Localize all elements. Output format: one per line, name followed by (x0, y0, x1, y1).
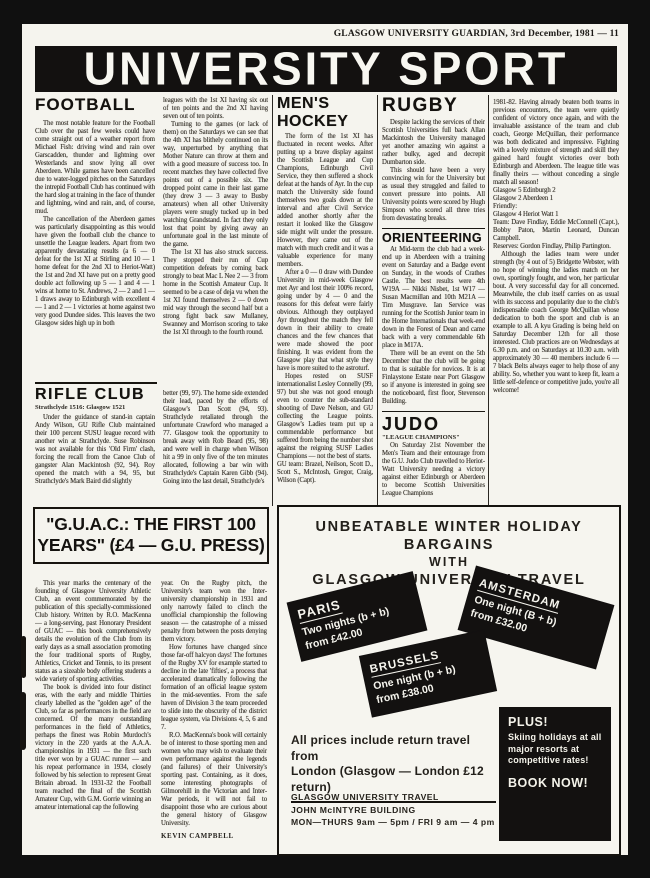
paragraph: The form of the 1st XI has fluctuated in… (277, 133, 373, 269)
paragraph: This should have been a very convincing … (382, 167, 485, 223)
paragraph: R.O. MacKenna's book will certainly be o… (161, 732, 267, 828)
paragraph: Hopes rested on SUSF internationalist Le… (277, 373, 373, 461)
article-rugby-zone: RUGBY Despite lacking the services of th… (382, 95, 485, 506)
paragraph: After a 0 — 0 draw with Dundee Universit… (277, 269, 373, 373)
paragraph: At Mid-term the club had a week-end up i… (382, 246, 485, 350)
judo-reserves-line: Reserves: Gordon Findlay, Philip Parting… (493, 243, 619, 251)
judo-team-line: Team: Dave Findlay, Eddie McConnell (Cap… (493, 219, 619, 243)
article-football-rifle-zone: FOOTBALL The most notable feature for th… (35, 95, 268, 506)
hockey-team-line: GU team: Brazel, Neilson, Scott D., Scot… (277, 461, 373, 485)
judo-result-line: Glasgow 5 Edinburgh 2 (493, 187, 619, 195)
paragraph: How fortunes have changed since those fa… (161, 644, 267, 732)
newspaper-page: GLASGOW UNIVERSITY GUARDIAN, 3rd Decembe… (22, 24, 628, 855)
guac-column-2: year. On the Rugby pitch, the University… (161, 580, 267, 852)
hockey-heading: MEN'S HOCKEY (277, 95, 373, 130)
scan-frame: GLASGOW UNIVERSITY GUARDIAN, 3rd Decembe… (0, 0, 650, 878)
column-rule (272, 95, 273, 506)
judo-subhead: "LEAGUE CHAMPIONS" (382, 434, 485, 442)
rifle-column-1: Under the guidance of stand-in captain A… (35, 414, 155, 506)
column-rule (488, 95, 489, 506)
guac-heading-line2: YEARS" (£4 — G.U. PRESS) (37, 535, 265, 556)
article-orienteering: ORIENTEERING At Mid-term the club had a … (382, 228, 485, 406)
paragraph: Under the guidance of stand-in captain A… (35, 414, 155, 486)
masthead: GLASGOW UNIVERSITY GUARDIAN, 3rd Decembe… (334, 28, 619, 40)
judo-heading: JUDO (382, 414, 485, 434)
article-judo: JUDO "LEAGUE CHAMPIONS" On Saturday 21st… (382, 411, 485, 498)
ticket-brussels: BRUSSELS One night (b + b) from £38.00 (360, 631, 496, 717)
article-hockey: MEN'S HOCKEY The form of the 1st XI has … (277, 95, 373, 506)
rifle-column-2: better (99, 97). The home side extended … (163, 390, 268, 506)
plus-body: Skiing holidays at all major resorts at … (508, 732, 602, 767)
paragraph: leagues with the 1st XI having six out o… (163, 97, 268, 121)
football-column-1: The most notable feature for the Footbal… (35, 120, 155, 382)
football-column-2: leagues with the 1st XI having six out o… (163, 97, 268, 385)
paragraph: The cancellation of the Aberdeen games w… (35, 216, 155, 328)
guac-byline: KEVIN CAMPBELL (161, 832, 267, 840)
judo-continuation-column: 1981-82. Having already beaten both team… (493, 95, 619, 506)
advert-title-line3: GLASGOW UNIVERSITY TRAVEL (279, 571, 619, 589)
paragraph: There will be an event on the 5th Decemb… (382, 350, 485, 406)
paragraph: The most notable feature for the Footbal… (35, 120, 155, 216)
paragraph: On Saturday 21st November the Men's Team… (382, 442, 485, 498)
advert-title-line1: UNBEATABLE WINTER HOLIDAY BARGAINS (279, 518, 619, 554)
hockey-heading-line2: HOCKEY (277, 113, 348, 130)
banner: UNIVERSITY SPORT (35, 46, 617, 92)
judo-result-line: Friendly: (493, 203, 619, 211)
guac-column-1: This year marks the centenary of the fou… (35, 580, 151, 852)
paragraph: better (99, 97). The home side extended … (163, 390, 268, 486)
paragraph: The 1st XI has also struck success. They… (163, 249, 268, 337)
judo-results: Glasgow 5 Edinburgh 2 Glasgow 2 Aberdeen… (493, 187, 619, 219)
advert-title: UNBEATABLE WINTER HOLIDAY BARGAINS WITH … (279, 518, 619, 589)
plus-title: PLUS! (508, 715, 602, 729)
paragraph: 1981-82. Having already beaten both team… (493, 99, 619, 187)
travel-advert: UNBEATABLE WINTER HOLIDAY BARGAINS WITH … (277, 505, 621, 856)
judo-result-line: Glasgow 2 Aberdeen 1 (493, 195, 619, 203)
page-title: UNIVERSITY SPORT (84, 46, 569, 92)
advert-title-line2: WITH (279, 554, 619, 571)
column-rule (377, 95, 378, 506)
advert-address-line2: JOHN McINTYRE BUILDING (291, 804, 495, 817)
paragraph: Turning to the games (or lack of them) o… (163, 121, 268, 249)
rifle-scoreline: Strathclyde 1516: Glasgow 1521 (35, 404, 157, 412)
guac-heading-box: "G.U.A.C.: THE FIRST 100 YEARS" (£4 — G.… (33, 507, 269, 564)
guac-heading-line1: "G.U.A.C.: THE FIRST 100 (37, 514, 265, 535)
paragraph: year. On the Rugby pitch, the University… (161, 580, 267, 644)
paragraph: This year marks the centenary of the fou… (35, 580, 151, 684)
paragraph: The book is divided into four distinct e… (35, 684, 151, 812)
advert-address-line3: MON—THURS 9am — 5pm / FRI 9 am — 4 pm (291, 816, 495, 829)
paragraph: Although the ladies team were under stre… (493, 251, 619, 395)
judo-result-line: Glasgow 4 Heriot Watt 1 (493, 211, 619, 219)
plus-box: PLUS! Skiing holidays at all major resor… (499, 707, 611, 841)
paragraph: Despite lacking the services of their Sc… (382, 119, 485, 167)
book-now-label: BOOK NOW! (508, 776, 602, 790)
football-heading: FOOTBALL (35, 95, 136, 115)
advert-address-line1: GLASGOW UNIVERSITY TRAVEL (291, 791, 495, 804)
hockey-heading-line1: MEN'S (277, 95, 330, 112)
orienteering-heading: ORIENTEERING (382, 231, 485, 246)
scan-smudge (20, 692, 26, 750)
rugby-heading: RUGBY (382, 95, 485, 117)
rifle-club-heading: RIFLE CLUB (35, 382, 157, 404)
scan-smudge (21, 636, 26, 678)
advert-note-line1: All prices include return travel from (291, 733, 496, 764)
advert-address: GLASGOW UNIVERSITY TRAVEL JOHN McINTYRE … (291, 791, 495, 829)
article-guac: "G.U.A.C.: THE FIRST 100 YEARS" (£4 — G.… (33, 507, 269, 853)
